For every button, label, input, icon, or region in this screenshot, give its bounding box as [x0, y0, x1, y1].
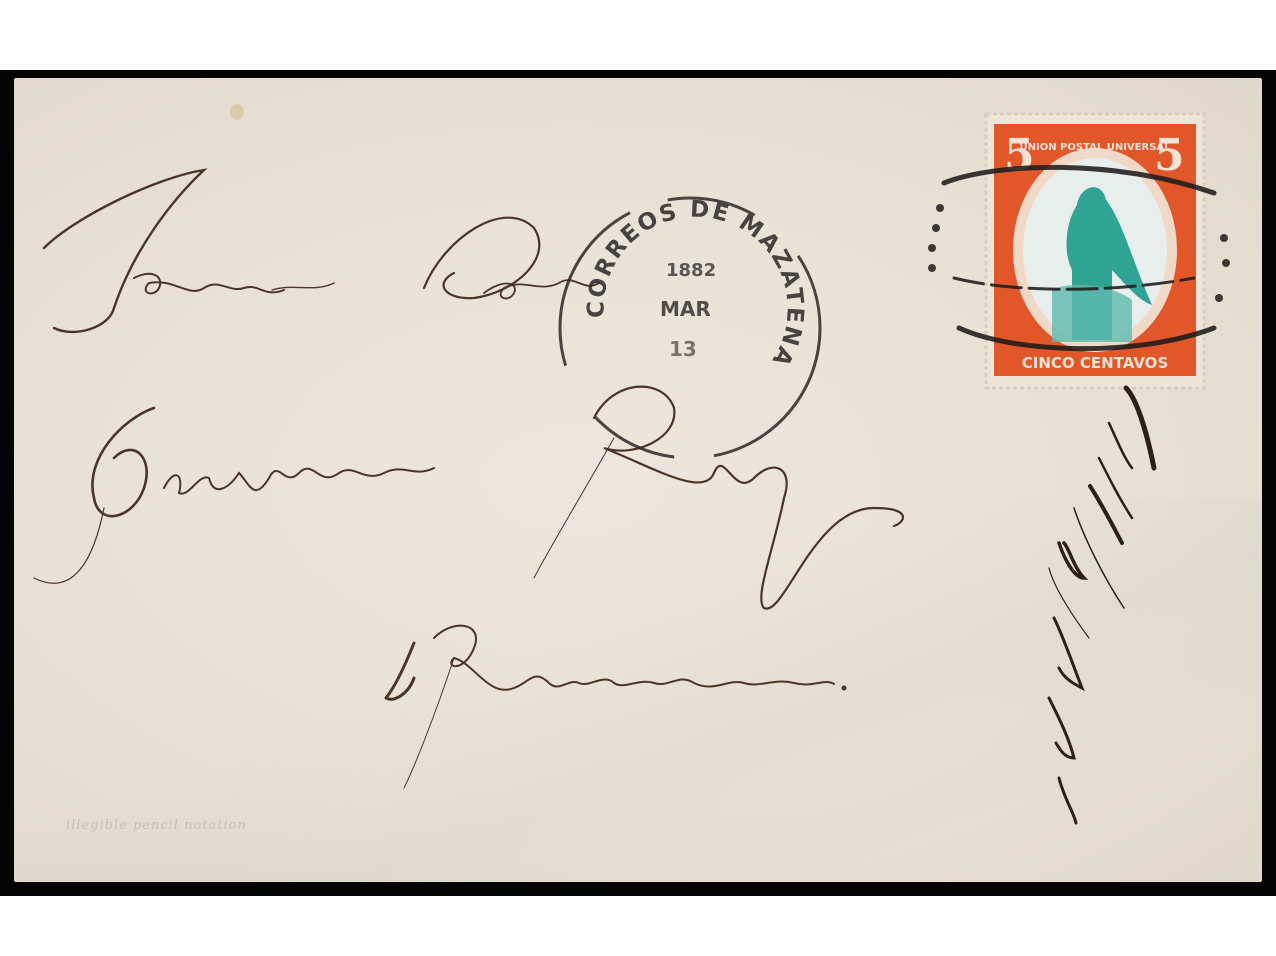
- pencil-notation: illegible pencil notation: [66, 818, 247, 833]
- envelope-cover: CORREOS DE MAZATENANGO 1882 MAR 13 5 5 C…: [14, 78, 1262, 882]
- docket-handwriting: [14, 78, 1262, 882]
